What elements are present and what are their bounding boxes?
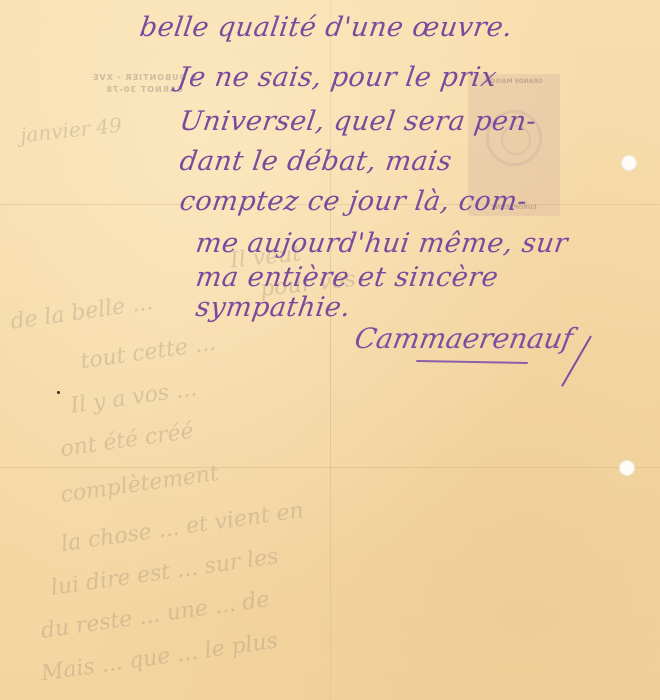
letter-line: dant le débat, mais xyxy=(178,146,454,177)
punch-hole xyxy=(619,460,635,476)
signature-underline xyxy=(416,360,528,364)
paper-speck xyxy=(57,391,60,394)
letter-line: belle qualité d'une œuvre. xyxy=(138,12,515,43)
letter-line: Universel, quel sera pen- xyxy=(178,106,538,137)
letter-line: comptez ce jour là, com- xyxy=(178,186,529,217)
letter-line: Je ne sais, pour le prix xyxy=(176,62,499,93)
signature: Cammaerenauf xyxy=(352,322,575,355)
punch-hole xyxy=(621,155,637,171)
letter-page: E DUBONTIER · XVE CARNOT 30-78 GRANDE MA… xyxy=(0,0,660,700)
letter-line: ma entière et sincère xyxy=(194,262,501,293)
reverse-date: janvier 49 xyxy=(19,113,123,148)
letter-line: me aujourd'hui même, sur xyxy=(194,228,570,259)
letter-line: sympathie. xyxy=(194,292,353,323)
fold-line-vertical xyxy=(330,0,331,700)
fold-line-horizontal xyxy=(0,467,660,468)
